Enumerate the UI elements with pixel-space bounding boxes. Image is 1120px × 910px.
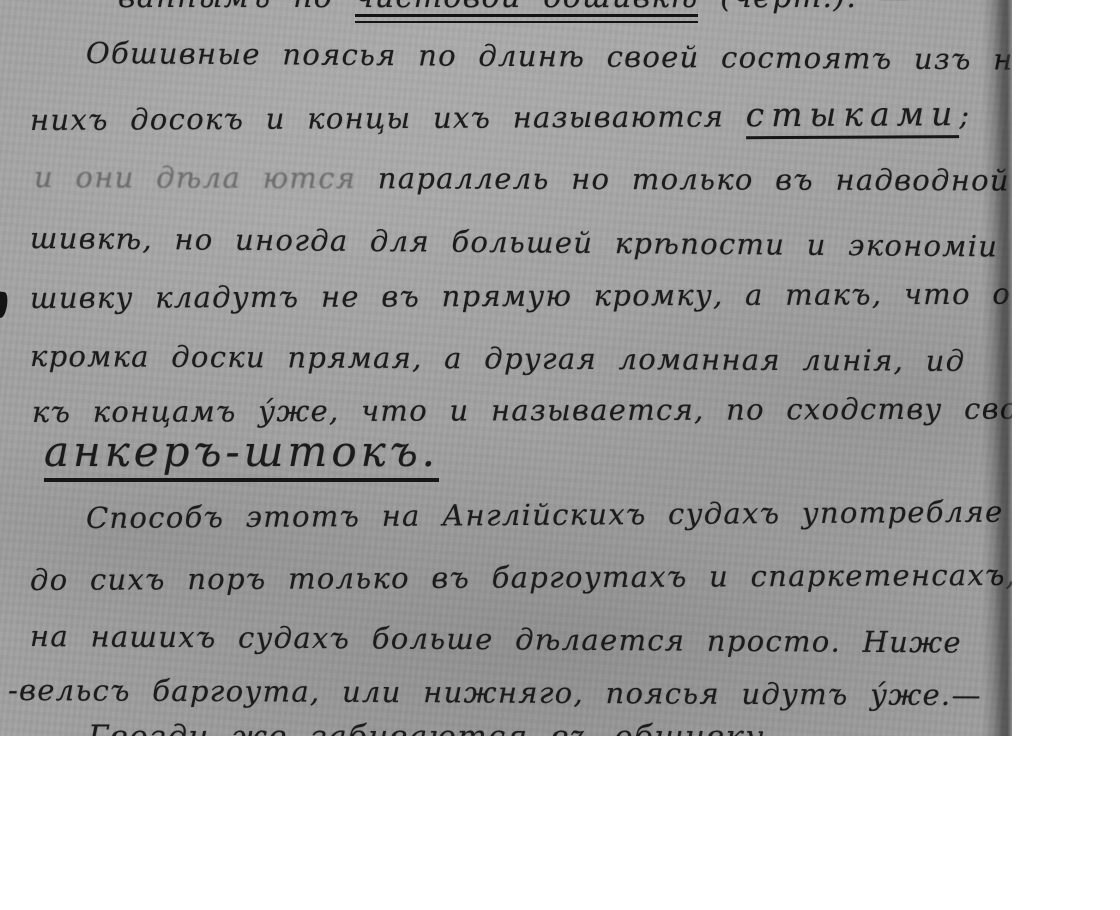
manuscript-line: ваннымъ по чистовой обшивкѣ (черт.). — bbox=[118, 0, 910, 15]
manuscript-line: Гвозди же забиваются въ обшивку bbox=[88, 719, 765, 736]
ink-mark bbox=[0, 291, 9, 318]
manuscript-line: -вельсъ баргоута, или нижняго, поясья ид… bbox=[8, 673, 982, 712]
handwriting-segment: до сихъ поръ только въ баргоутахъ и спар… bbox=[30, 558, 1012, 597]
handwriting-segment: параллель но только въ надводной о bbox=[356, 161, 1012, 197]
handwriting-segment: шивкѣ, но иногда для большей крѣпости и … bbox=[30, 221, 999, 263]
underlined-term: анкеръ-штокъ. bbox=[44, 427, 439, 482]
handwriting-segment: къ концамъ у́же, что и называется, по сх… bbox=[32, 391, 1012, 429]
handwriting-segment: Обшивные поясья по длинѣ своей состоятъ … bbox=[86, 36, 1012, 77]
underlined-term: стыками bbox=[746, 94, 960, 139]
manuscript-line: и они дѣла ются параллель но только въ н… bbox=[34, 160, 1012, 198]
manuscript-line: кромка доски прямая, а другая ломанная л… bbox=[30, 339, 966, 378]
handwriting-segment: на нашихъ судахъ больше дѣлается просто.… bbox=[30, 619, 962, 660]
manuscript-line: анкеръ-штокъ. bbox=[44, 427, 439, 476]
handwriting-segment: шивку кладутъ не въ прямую кромку, а так… bbox=[30, 276, 1012, 315]
manuscript-line: на нашихъ судахъ больше дѣлается просто.… bbox=[30, 619, 962, 660]
manuscript-line: къ концамъ у́же, что и называется, по сх… bbox=[32, 391, 1012, 429]
handwriting-segment: нихъ досокъ и концы ихъ называются bbox=[30, 99, 746, 137]
handwriting-segment: и они дѣла ются bbox=[34, 160, 356, 195]
handwriting-segment: -вельсъ баргоута, или нижняго, поясья ид… bbox=[8, 673, 982, 712]
manuscript-line: до сихъ поръ только въ баргоутахъ и спар… bbox=[30, 558, 1012, 597]
manuscript-line: нихъ досокъ и концы ихъ называются стыка… bbox=[30, 94, 971, 138]
page-edge-shadow bbox=[982, 0, 1012, 736]
manuscript-line: Способъ этотъ на Англійскихъ судахъ упот… bbox=[86, 495, 1004, 535]
handwriting-segment: Способъ этотъ на Англійскихъ судахъ упот… bbox=[86, 495, 1004, 535]
manuscript-line: шивкѣ, но иногда для большей крѣпости и … bbox=[30, 221, 999, 263]
handwriting-segment: Гвозди же забиваются въ обшивку bbox=[88, 719, 765, 736]
manuscript-line: шивку кладутъ не въ прямую кромку, а так… bbox=[30, 276, 1012, 315]
scan-background: ваннымъ по чистовой обшивкѣ (черт.). —Об… bbox=[0, 0, 1120, 910]
handwriting-segment: ; bbox=[959, 98, 970, 132]
handwriting-segment: (черт.). — bbox=[698, 0, 910, 15]
manuscript-page: ваннымъ по чистовой обшивкѣ (черт.). —Об… bbox=[0, 0, 1012, 736]
handwriting-segment: ваннымъ по bbox=[118, 0, 355, 15]
manuscript-line: Обшивные поясья по длинѣ своей состоятъ … bbox=[86, 36, 1012, 77]
underlined-term: чистовой обшивкѣ bbox=[355, 0, 698, 23]
handwriting-segment: кромка доски прямая, а другая ломанная л… bbox=[30, 339, 966, 378]
